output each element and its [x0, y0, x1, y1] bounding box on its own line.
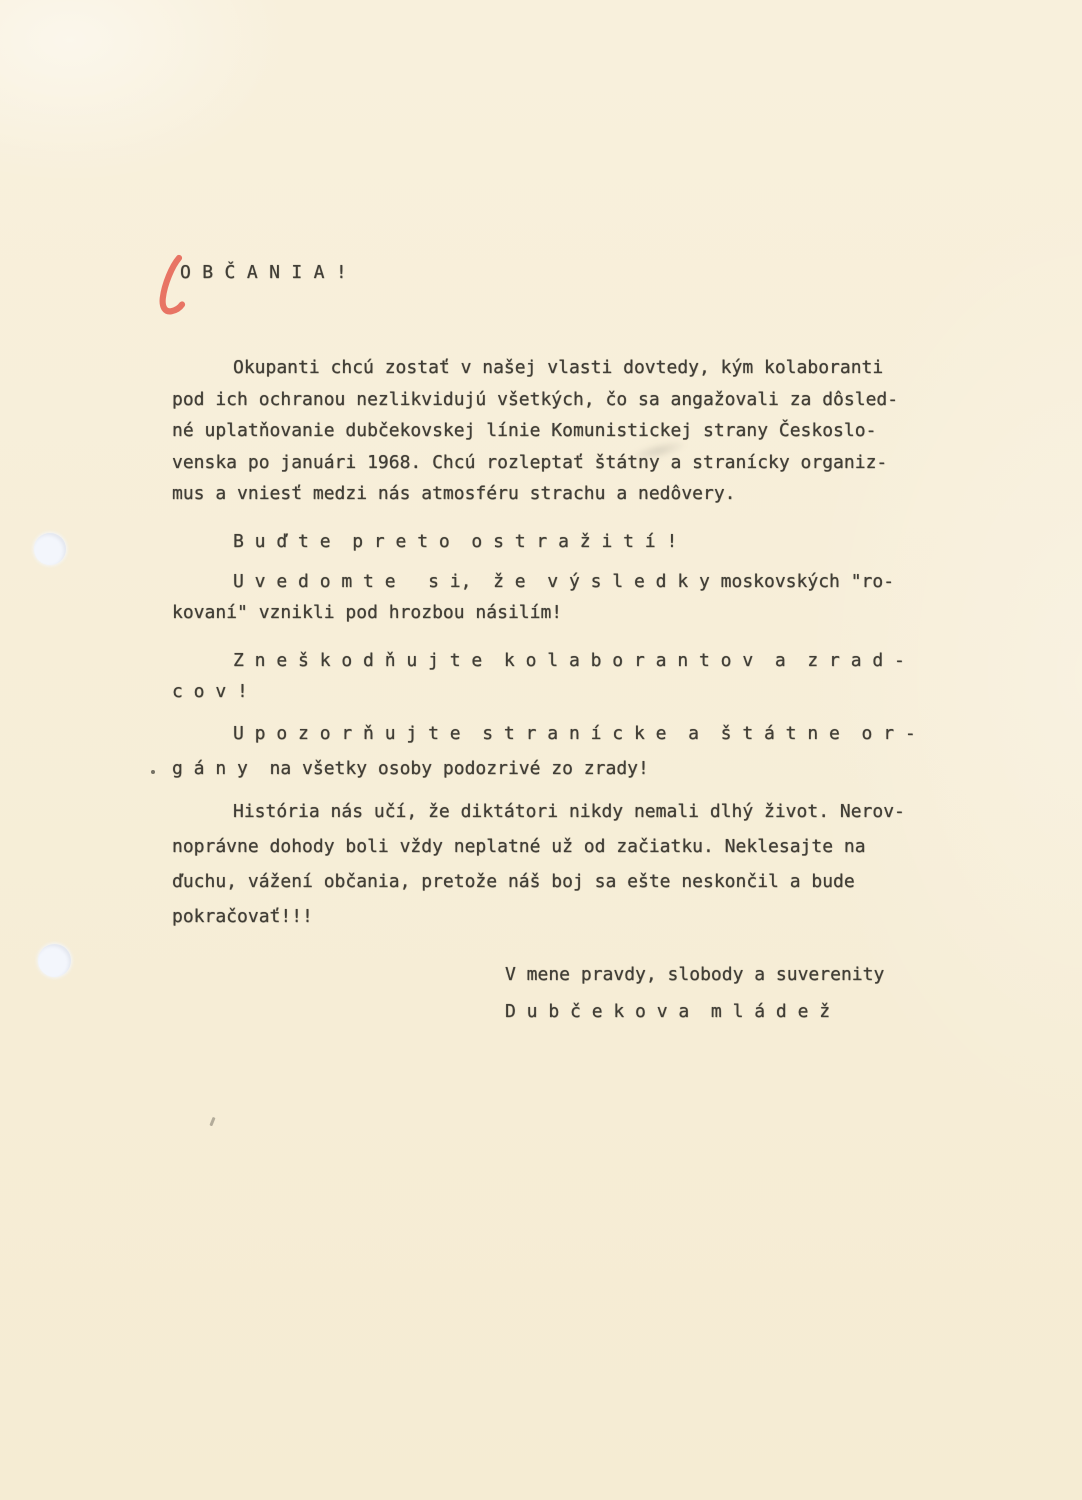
text-line: pokračovať!!!	[172, 906, 313, 927]
text-line: História nás učí, že diktátori nikdy nem…	[172, 801, 905, 822]
text-line: kovaní" vznikli pod hrozbou násilím!	[172, 602, 562, 623]
signature-block: V mene pravdy, slobody a suverenity D u …	[505, 956, 884, 1030]
text-line: c o v !	[172, 681, 248, 702]
text-line: Okupanti chcú zostať v našej vlasti dovt…	[172, 357, 883, 378]
text-line: né uplatňovanie dubčekovskej línie Komun…	[172, 420, 876, 441]
signature-author: D u b č e k o v a m l á d e ž	[505, 993, 884, 1030]
text-line: B u ď t e p r e t o o s t r a ž i t í !	[172, 531, 677, 552]
paragraph-2: B u ď t e p r e t o o s t r a ž i t í !	[172, 526, 920, 558]
stray-pencil-mark	[209, 1117, 215, 1126]
punch-hole-bottom	[38, 944, 71, 977]
paragraph-5: U p o z o r ň u j t e s t r a n í c k e …	[172, 716, 920, 786]
signature-motto: V mene pravdy, slobody a suverenity	[505, 956, 884, 993]
document-body: Okupanti chcú zostať v našej vlasti dovt…	[172, 352, 920, 934]
margin-dot-mark	[151, 770, 155, 774]
text-line: U v e d o m t e s i, ž e v ý s l e d k y…	[172, 571, 894, 592]
text-line: g á n y na všetky osoby podozrivé zo zra…	[172, 758, 649, 779]
text-line: mus a vniesť medzi nás atmosféru strachu…	[172, 483, 736, 504]
red-pen-mark-icon	[150, 250, 196, 320]
text-line: Z n e š k o d ň u j t e k o l a b o r a …	[172, 650, 905, 671]
paragraph-1: Okupanti chcú zostať v našej vlasti dovt…	[172, 352, 920, 510]
text-line: ďuchu, vážení občania, pretože náš boj s…	[172, 871, 855, 892]
text-line: venska po januári 1968. Chcú rozleptať š…	[172, 452, 887, 473]
text-line: pod ich ochranou nezlikvidujú všetkých, …	[172, 389, 898, 410]
punch-hole-top	[34, 533, 66, 565]
paragraph-3: U v e d o m t e s i, ž e v ý s l e d k y…	[172, 566, 920, 629]
page-title: O B Č A N I A !	[180, 263, 347, 283]
document-page: O B Č A N I A ! Okupanti chcú zostať v n…	[0, 0, 1082, 1500]
paragraph-6: História nás učí, že diktátori nikdy nem…	[172, 794, 920, 934]
text-line: U p o z o r ň u j t e s t r a n í c k e …	[172, 723, 916, 744]
paragraph-4: Z n e š k o d ň u j t e k o l a b o r a …	[172, 645, 920, 708]
text-line: noprávne dohody boli vždy neplatné už od…	[172, 836, 866, 857]
